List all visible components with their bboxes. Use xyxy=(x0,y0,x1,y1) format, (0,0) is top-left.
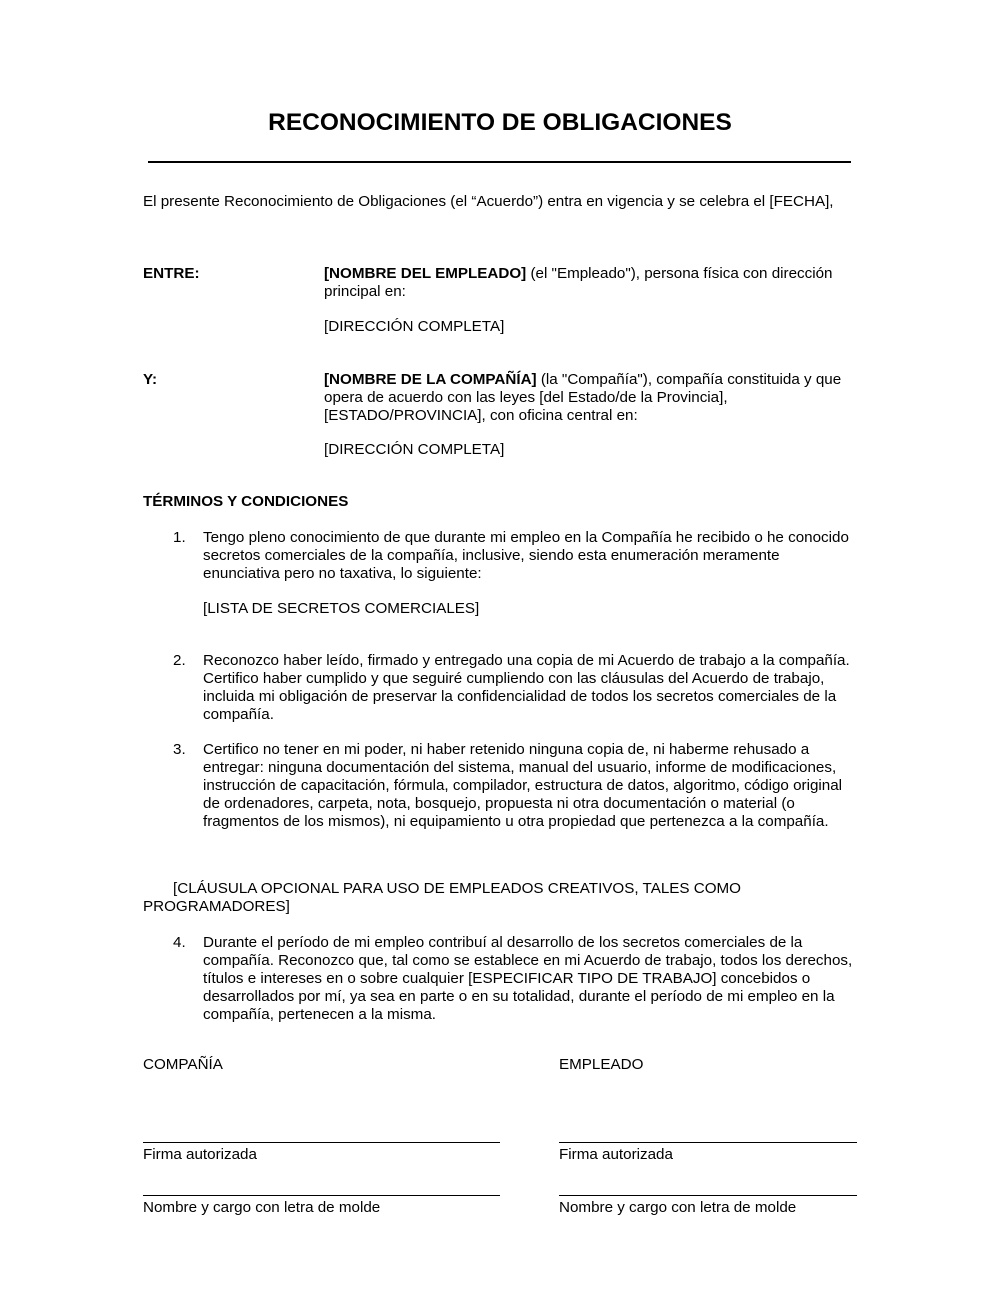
term-item-4: Durante el período de mi empleo contribu… xyxy=(203,934,859,1024)
signature-label: Firma autorizada xyxy=(143,1146,257,1164)
signature-line[interactable] xyxy=(559,1142,857,1143)
item-number: 2. xyxy=(173,652,186,670)
company-address-placeholder: [DIRECCIÓN COMPLETA] xyxy=(324,441,504,459)
optional-clause-note: [CLÁUSULA OPCIONAL PARA USO DE EMPLEADOS… xyxy=(143,880,843,916)
printed-name-line[interactable] xyxy=(143,1195,500,1196)
term-item-3: Certifico no tener en mi poder, ni haber… xyxy=(203,741,859,831)
item-number: 4. xyxy=(173,934,186,952)
printed-name-label: Nombre y cargo con letra de molde xyxy=(559,1199,796,1217)
party-label-company: Y: xyxy=(143,371,157,389)
item-number: 1. xyxy=(173,529,186,547)
printed-name-line[interactable] xyxy=(559,1195,857,1196)
terms-heading: TÉRMINOS Y CONDICIONES xyxy=(143,493,348,511)
employee-name-placeholder: [NOMBRE DEL EMPLEADO] xyxy=(324,265,526,282)
signature-line[interactable] xyxy=(143,1142,500,1143)
signature-heading-company: COMPAÑÍA xyxy=(143,1056,223,1074)
intro-paragraph: El presente Reconocimiento de Obligacion… xyxy=(143,193,857,211)
party-company-description: [NOMBRE DE LA COMPAÑÍA] (la "Compañía"),… xyxy=(324,371,859,425)
party-label-employee: ENTRE: xyxy=(143,265,200,283)
document-title: RECONOCIMIENTO DE OBLIGACIONES xyxy=(0,108,1000,138)
signature-heading-employee: EMPLEADO xyxy=(559,1056,643,1074)
company-name-placeholder: [NOMBRE DE LA COMPAÑÍA] xyxy=(324,371,537,388)
term-item-2: Reconozco haber leído, firmado y entrega… xyxy=(203,652,859,724)
item-number: 3. xyxy=(173,741,186,759)
employee-address-placeholder: [DIRECCIÓN COMPLETA] xyxy=(324,318,504,336)
printed-name-label: Nombre y cargo con letra de molde xyxy=(143,1199,380,1217)
title-divider xyxy=(148,161,851,163)
optional-clause-text: [CLÁUSULA OPCIONAL PARA USO DE EMPLEADOS… xyxy=(143,880,741,915)
term-item-1: Tengo pleno conocimiento de que durante … xyxy=(203,529,859,583)
signature-label: Firma autorizada xyxy=(559,1146,673,1164)
trade-secrets-list-placeholder: [LISTA DE SECRETOS COMERCIALES] xyxy=(203,600,479,618)
party-employee-description: [NOMBRE DEL EMPLEADO] (el "Empleado"), p… xyxy=(324,265,859,301)
